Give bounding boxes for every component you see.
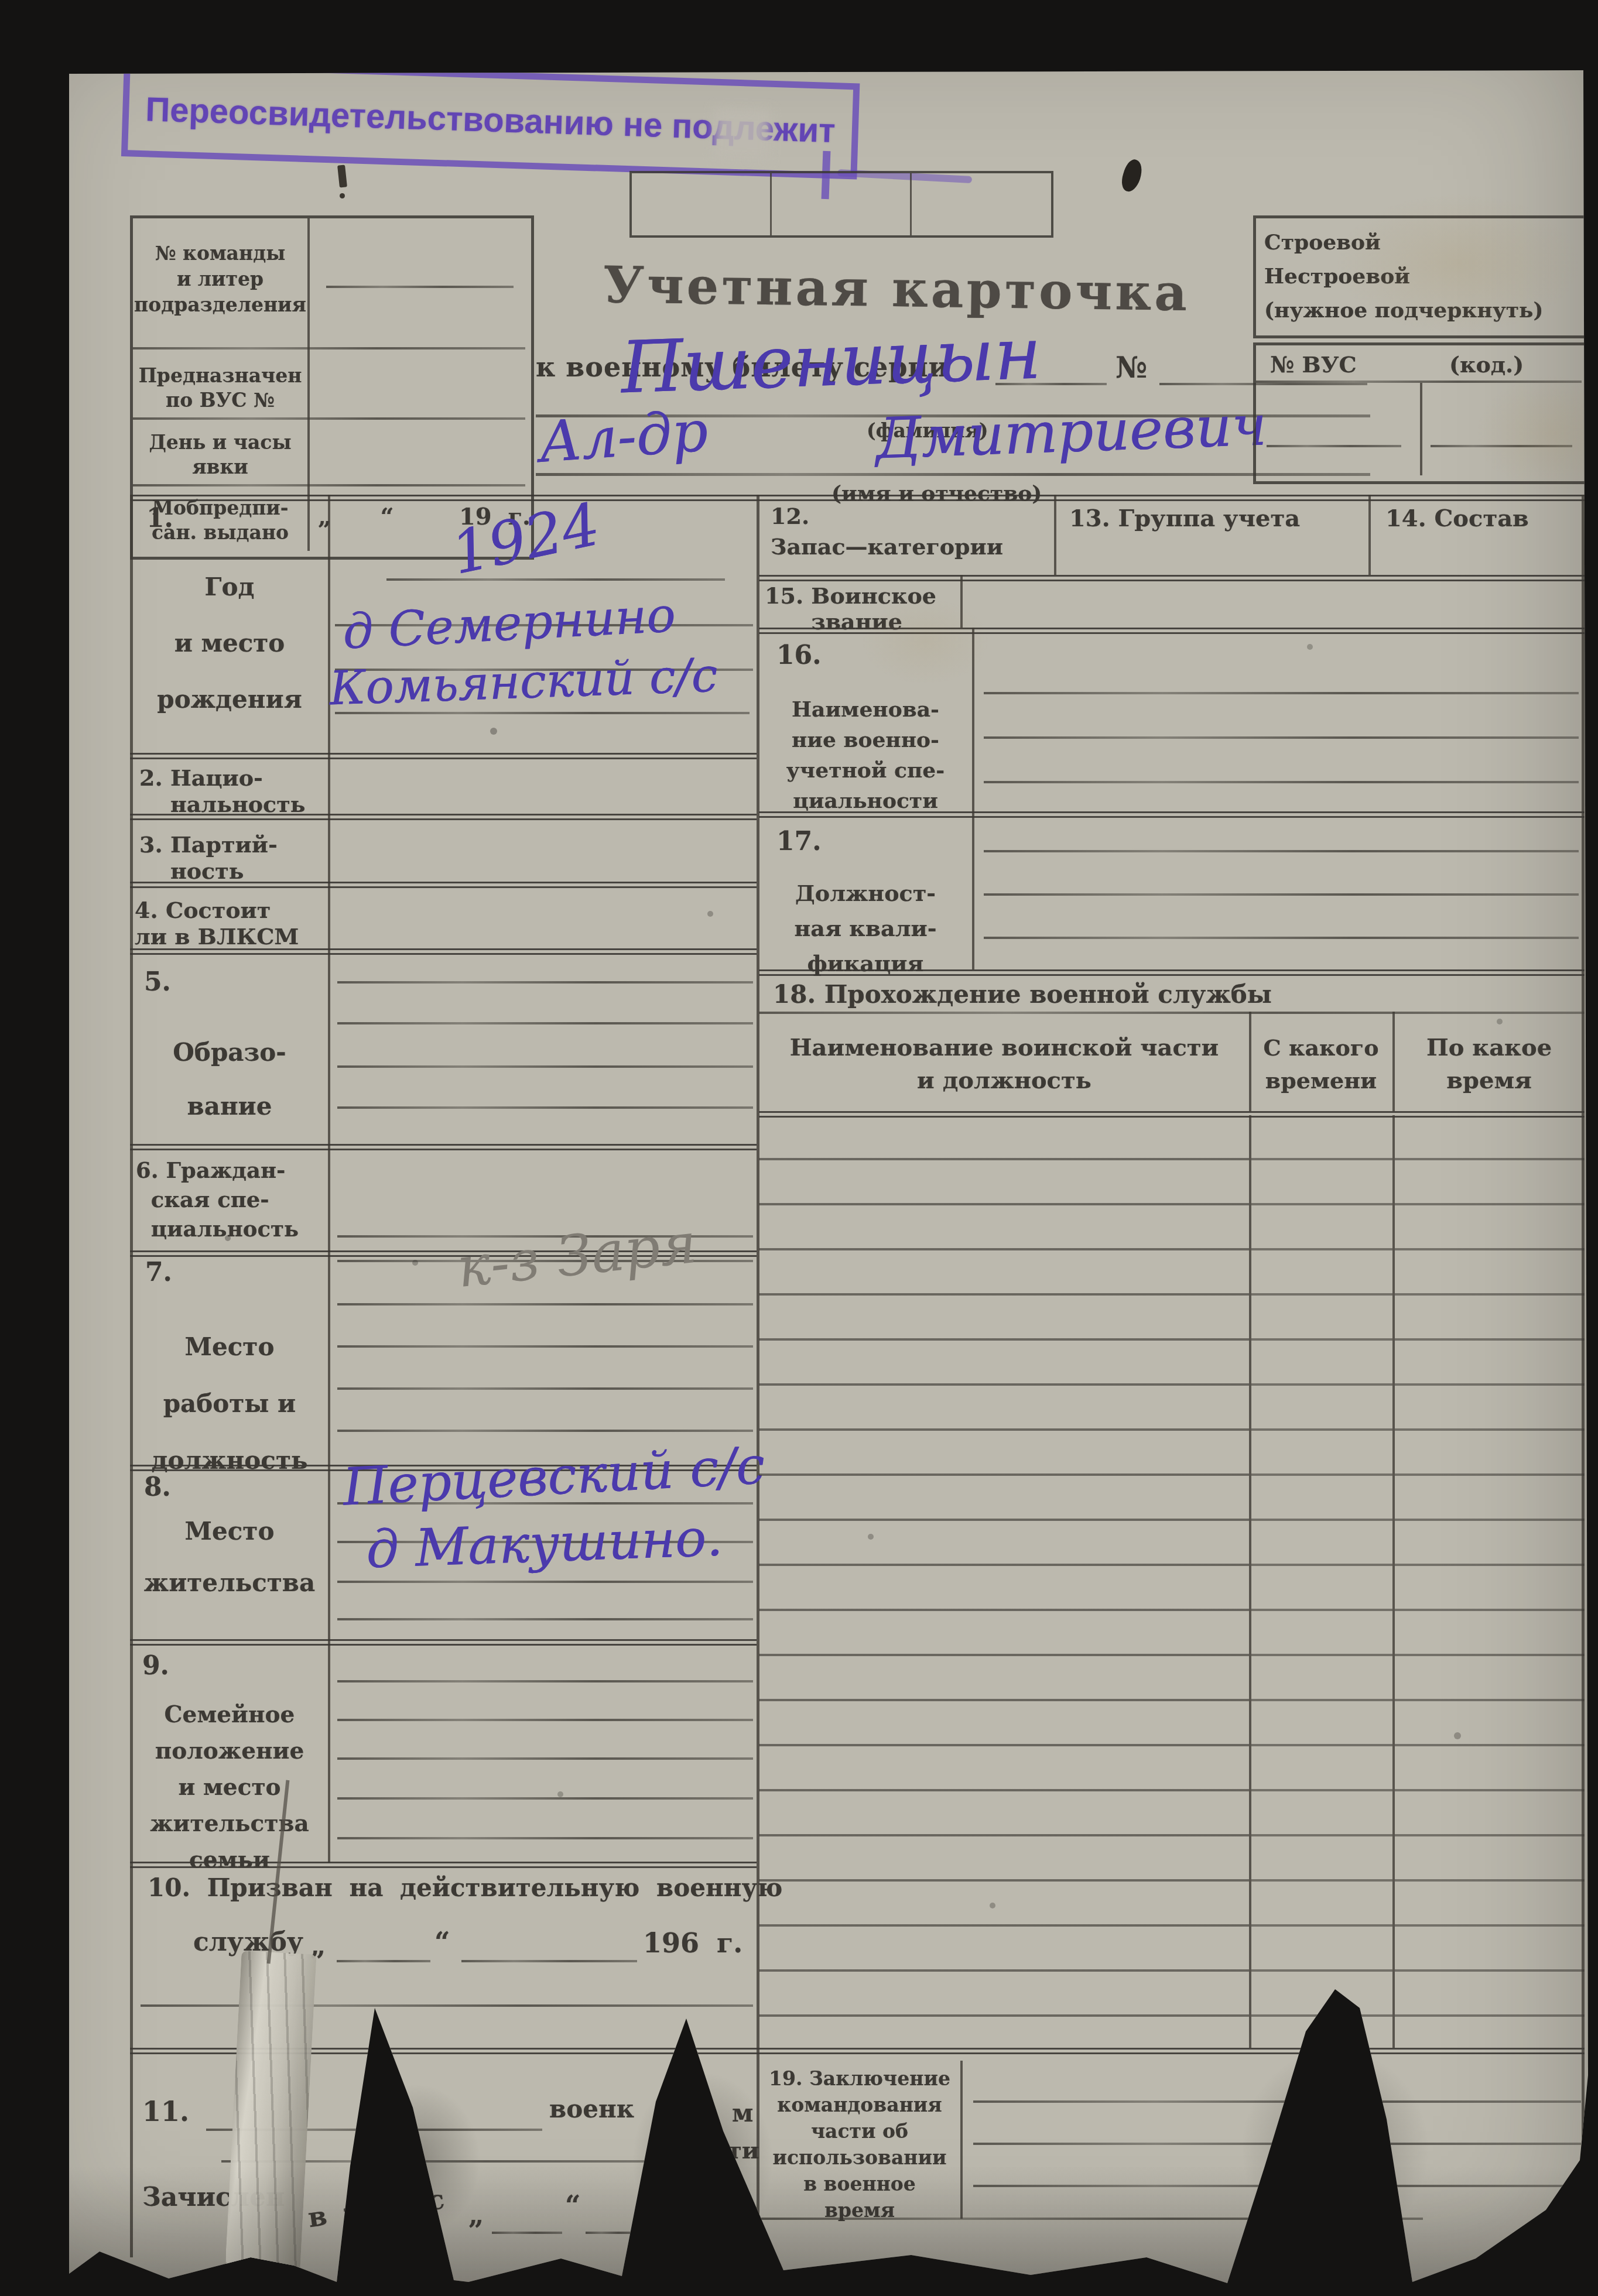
field-separator (130, 2048, 1585, 2054)
tear-shadow (632, 2072, 773, 2248)
billet-number-sign: № (1115, 350, 1147, 385)
stamp-fade-smudge (713, 109, 771, 160)
field8-number: 8. (144, 1472, 171, 1502)
top-center-grid-box (629, 171, 1053, 238)
ruled-line (337, 1680, 753, 1682)
field9-number: 9. (142, 1651, 169, 1681)
ruled-line (337, 1719, 753, 1721)
table-body-col3 (1395, 1115, 1585, 2048)
dirt-specks (0, 0, 4, 4)
handwritten-residence-2: д Макушино. (365, 1507, 723, 1579)
ruled-line (337, 1757, 753, 1760)
field17-number: 17. (776, 827, 822, 856)
field7-label: Место работы и должность (133, 1318, 326, 1489)
ruled-line (984, 893, 1579, 896)
grid-top-border (130, 495, 1585, 501)
field4-label: 4. Состоит ли в ВЛКСМ (135, 897, 299, 950)
page-title: Учетная карточка (603, 255, 1177, 323)
ruled-line (133, 347, 525, 349)
field-separator (130, 1639, 757, 1646)
handwritten-first-name: Ал-др (536, 398, 710, 475)
ruled-line (337, 1065, 753, 1068)
vus-label: № ВУС (1270, 351, 1357, 378)
field18-heading: 18. Прохождение военной службы (773, 980, 1272, 1009)
age-stain (1476, 375, 1598, 492)
mobbox-row2-label: Предназначен по ВУС № (133, 364, 307, 413)
table-col2-header: С какого времени (1251, 1032, 1391, 1097)
ruled-line (759, 1012, 1585, 1014)
table-divider (1392, 1115, 1395, 2048)
field3-label: 3. Партий- ность (139, 831, 278, 884)
field16-label: Наименова- ние военно- учетной спе- циал… (761, 694, 970, 816)
col-divider (1368, 495, 1371, 575)
ruled-line (337, 1345, 753, 1348)
field9-label: Семейное положение и место жительства се… (133, 1697, 326, 1878)
document-paper: Переосвидетельствованию не подлежит № ко… (0, 0, 1598, 2296)
field11-number: 11. (142, 2096, 189, 2127)
ruled-line (1267, 445, 1401, 447)
vus-divider (1420, 383, 1422, 475)
col-divider (1054, 495, 1056, 575)
field12-label: 12. Запас—категории (771, 501, 1003, 562)
tear-shadow (1241, 2049, 1429, 2248)
ruled-line (984, 781, 1579, 783)
field8-label: Место жительства (133, 1506, 326, 1609)
field16-number: 16. (776, 640, 822, 670)
ruled-line (337, 1106, 753, 1109)
ruled-line (133, 484, 525, 486)
grid-divider (910, 173, 912, 235)
handwritten-surname: Пшеницын (620, 312, 1042, 410)
mobbox-row1-label: № команды и литер подразделения (133, 241, 307, 318)
field17-label: Должност- ная квали- фикация (761, 876, 970, 981)
field-separator (759, 811, 1585, 818)
field-separator (759, 969, 1585, 976)
ruled-line (337, 1837, 753, 1839)
table-body-col1 (759, 1115, 1249, 2048)
field1-label: Год и место рождения (133, 559, 326, 728)
field14-label: 14. Состав (1385, 505, 1529, 532)
ruled-line (337, 1303, 753, 1305)
scanned-document-background: Переосвидетельствованию не подлежит № ко… (0, 0, 1598, 2296)
field11-fragment-voenk: военк (549, 2095, 634, 2123)
bottom-edge-shade (69, 2166, 1588, 2296)
name-rule (536, 473, 1370, 476)
handwritten-patronymic: Дмитриевич (874, 392, 1268, 471)
ruled-line (337, 1618, 753, 1620)
ruled-line (326, 286, 514, 288)
age-stain (1335, 193, 1581, 334)
field-separator (759, 575, 1585, 581)
field-separator (130, 753, 757, 759)
field-separator (130, 1144, 757, 1150)
ruled-line (337, 1797, 753, 1800)
ruled-line (141, 2004, 753, 2007)
field10-year-suffix: г. (717, 1927, 742, 1959)
ruled-line (337, 1430, 753, 1432)
ruled-line (461, 1960, 637, 1962)
ruled-line (337, 1022, 753, 1024)
field10-quote-close: “ (434, 1926, 450, 1958)
ruled-line (386, 578, 725, 581)
mobilization-box: № команды и литер подразделения Предназн… (130, 215, 534, 560)
field10-line1: 10. Призван на действительную военную (148, 1873, 782, 1902)
table-col3-header: По какое время (1395, 1032, 1583, 1097)
field5-label: Образо- вание (133, 1026, 326, 1133)
ruled-line (337, 1581, 753, 1583)
ruled-line (973, 2143, 1581, 2145)
field5-number: 5. (144, 967, 171, 997)
grid-divider (770, 173, 772, 235)
ruled-line (133, 417, 525, 420)
field2-label: 2. Нацио- нальность (139, 765, 306, 817)
ruled-line (337, 981, 753, 983)
field1-number: 1. (146, 503, 173, 533)
ruled-line (984, 937, 1579, 939)
age-stain (861, 597, 990, 685)
ruled-line (337, 1960, 430, 1962)
ruled-line (984, 692, 1579, 694)
field11-year: 19 (641, 2185, 678, 2216)
field10-year: 196 (643, 1927, 699, 1959)
field13-label: 13. Группа учета (1069, 505, 1300, 532)
field6-label: 6. Граждан- ская спе- циальность (136, 1156, 299, 1243)
ruled-line (337, 1387, 753, 1390)
ruled-line (984, 850, 1579, 852)
table-divider (1249, 1115, 1251, 2048)
label-divider (972, 811, 974, 969)
table-body-col2 (1251, 1115, 1392, 2048)
mobbox-row3-label: День и часы явки (133, 430, 307, 479)
table-col1-header: Наименование воинской части и должность (761, 1032, 1247, 1097)
ruled-line (984, 736, 1579, 739)
field7-number: 7. (145, 1257, 172, 1287)
small-ink-dot (340, 193, 345, 198)
vus-code-label: (код.) (1449, 351, 1524, 378)
